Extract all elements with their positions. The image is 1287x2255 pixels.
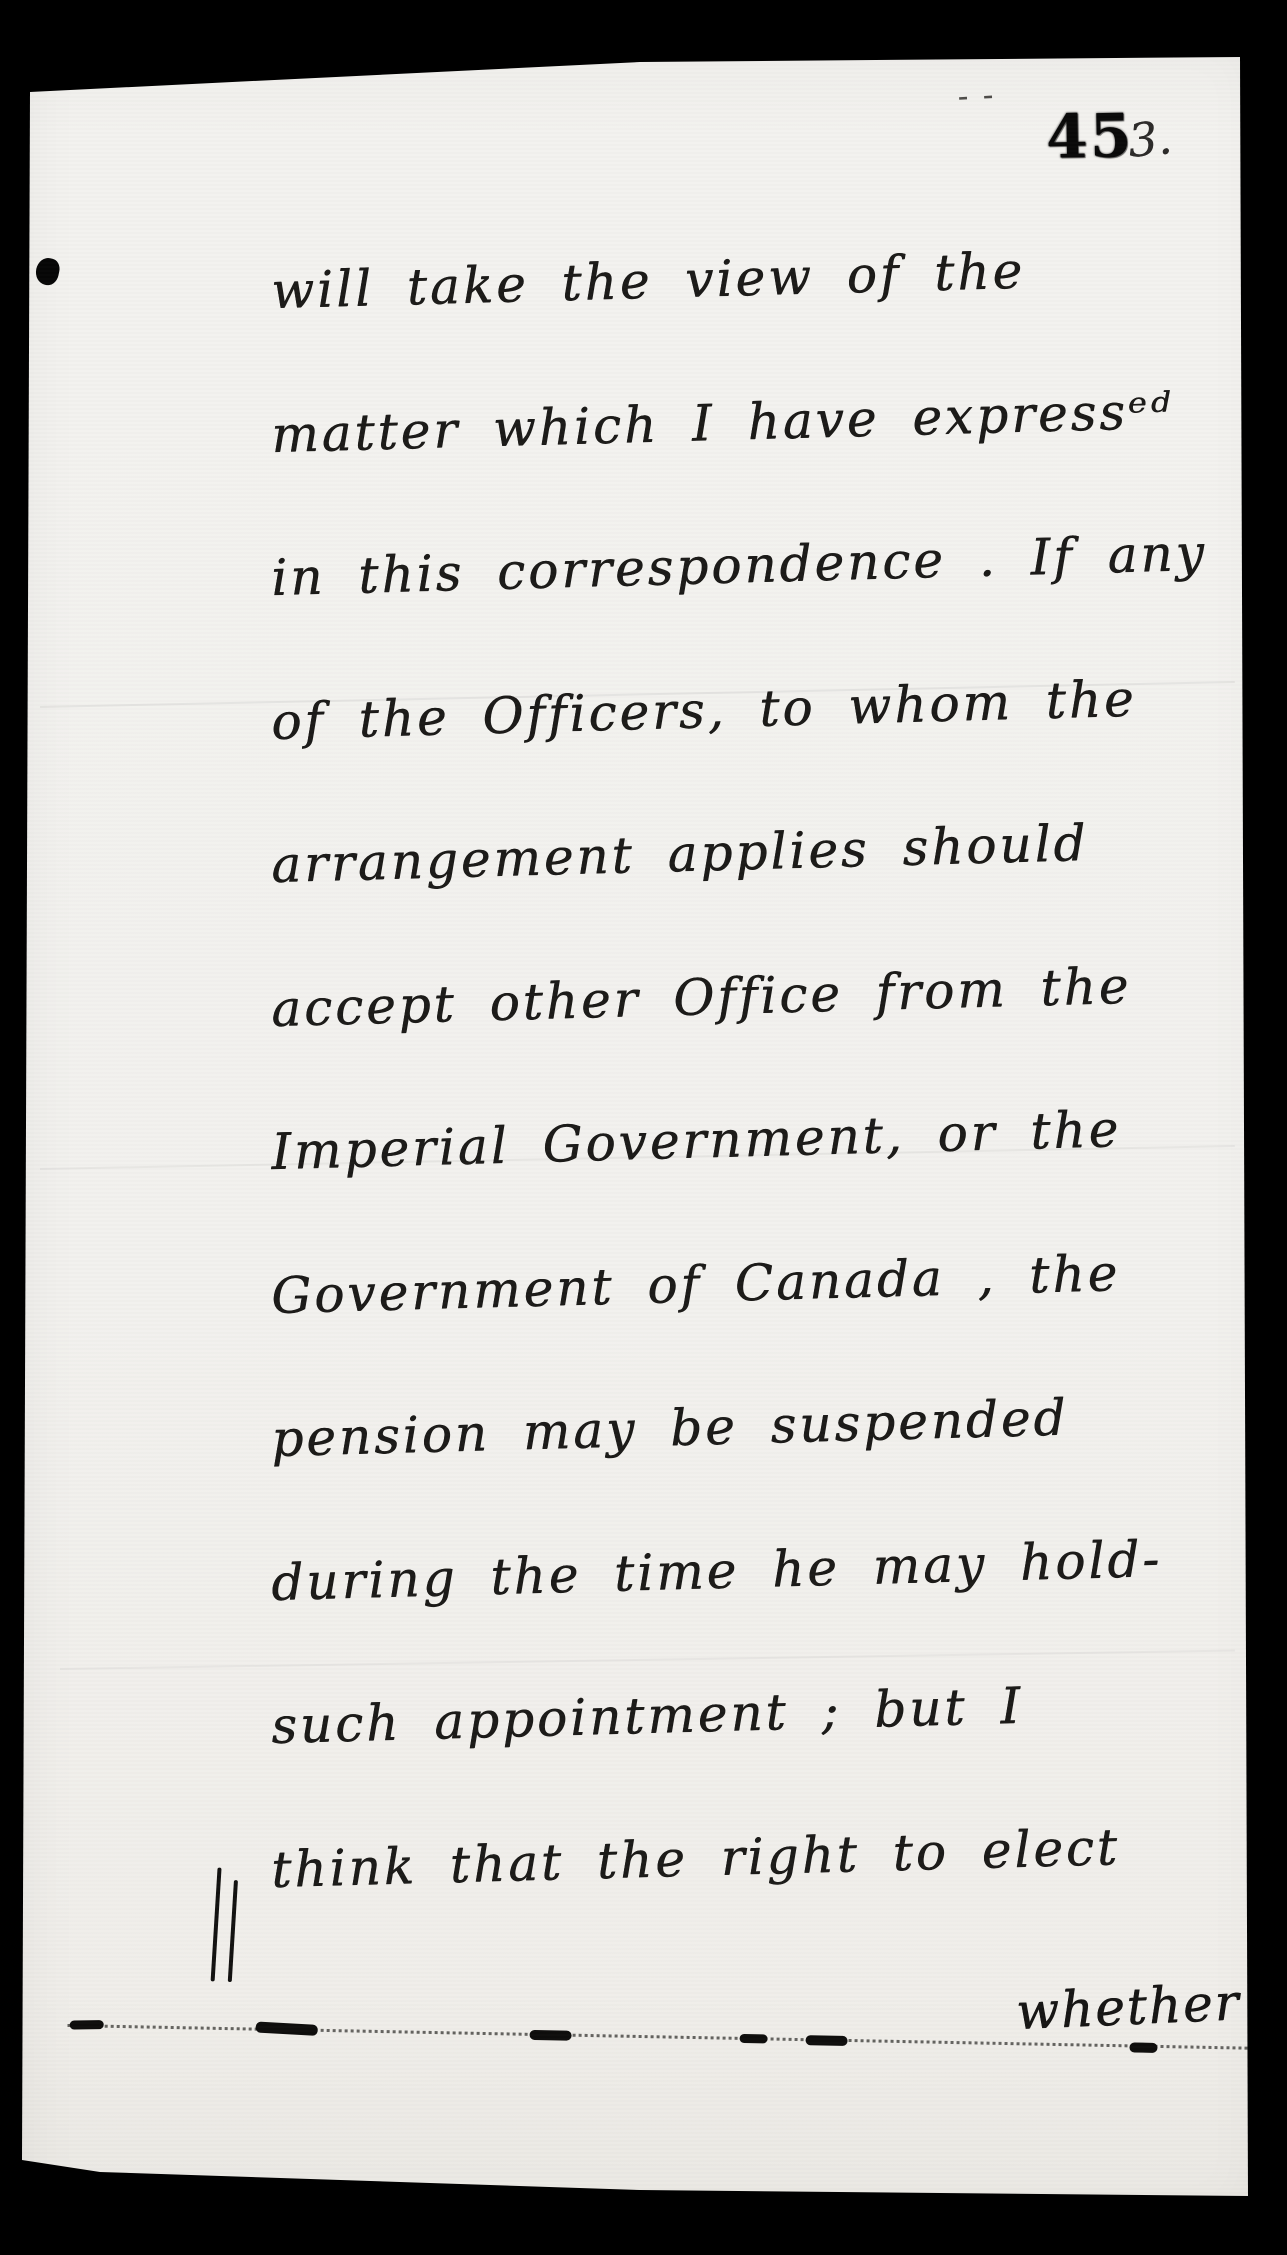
scanned-page-background: – – 45 3. will take the view of thematte… [0,0,1287,2255]
page-number-stamp: 45 [1045,101,1134,173]
page-number-handwritten: 3. [1126,110,1174,168]
handwritten-text-line: during the time he may hold- [270,1527,1254,1697]
scan-viewport: { "page": { "header": { "stamped_number"… [0,0,1287,2255]
dash-segment [1129,2042,1157,2053]
document-page: – – 45 3. will take the view of thematte… [0,0,1287,2255]
handwritten-text-line: accept other Office from the [270,953,1254,1123]
catchword: whether [1015,1973,1242,2041]
stroke-bar [228,1880,238,1982]
dash-segment [70,2020,104,2030]
dash-segment [805,2035,847,2046]
handwritten-text-line: pension may be suspended [270,1384,1254,1554]
handwritten-text-line: in this correspondence . If any [270,523,1254,693]
pencil-dash-mark: – – [957,83,997,109]
dash-segment [530,2030,572,2041]
handwritten-text-line: think that the right to elect [270,1814,1254,1984]
stroke-bar [211,1867,222,1981]
handwritten-text-line: of the Officers, to whom the [270,666,1254,836]
ink-blot-mark [33,256,61,287]
handwritten-text-line: will take the view of the [270,236,1254,406]
handwritten-text-line: Government of Canada , the [270,1240,1254,1410]
handwritten-text-line: Imperial Government, or the [270,1097,1254,1267]
dash-segment [739,2034,767,2044]
dash-segment [255,2022,318,2036]
handwritten-text-line: such appointment ; but I [270,1671,1254,1841]
handwritten-lines: will take the view of thematter which I … [272,262,1252,1984]
handwritten-text-line: matter which I have expressᵉᵈ [270,379,1254,549]
margin-double-stroke-mark [212,1867,250,1986]
handwritten-text-line: arrangement applies should [270,810,1254,980]
